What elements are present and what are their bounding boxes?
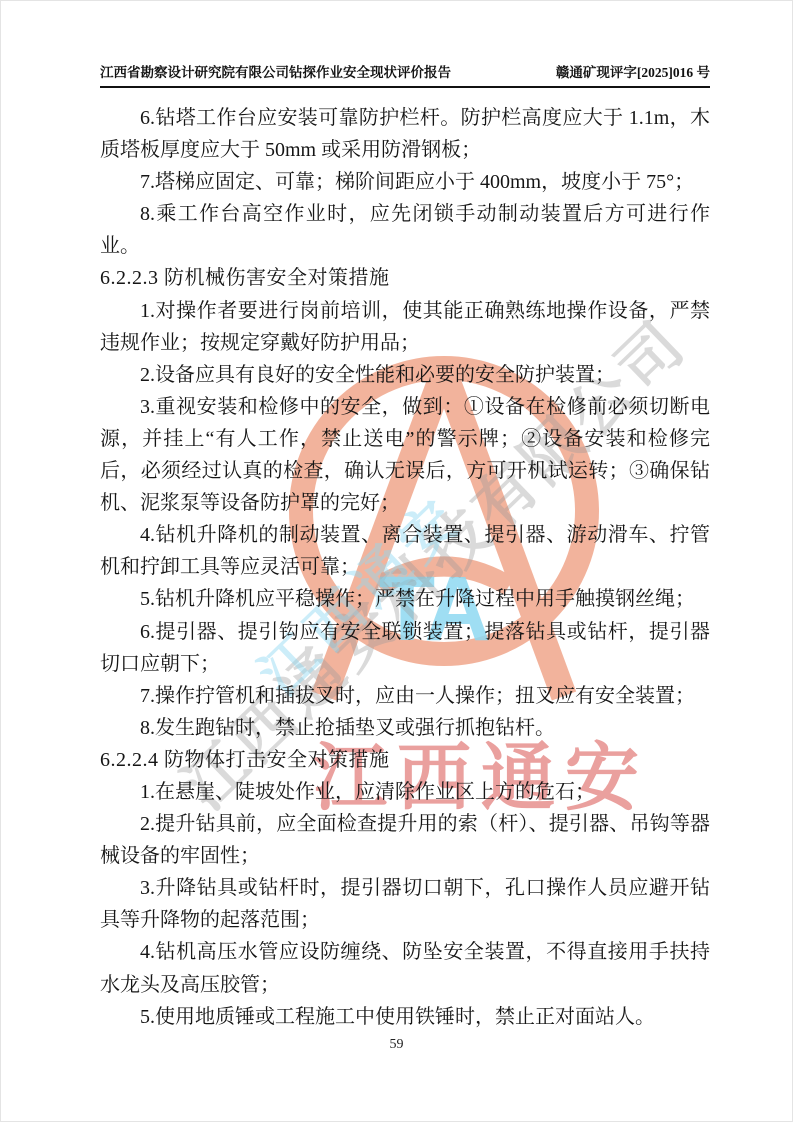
page-header: 江西省勘察设计研究院有限公司钻探作业安全现状评价报告 赣通矿现评字[2025]0… [100, 61, 710, 88]
paragraph: 7.操作拧管机和插拔叉时，应由一人操作；扭叉应有安全装置； [100, 680, 710, 712]
paragraph: 3.升降钻具或钻杆时，提引器切口朝下，孔口操作人员应避开钻具等升降物的起落范围； [100, 872, 710, 936]
paragraph: 6.钻塔工作台应安装可靠防护栏杆。防护栏高度应大于 1.1m，木质塔板厚度应大于… [100, 102, 710, 166]
page-number: 59 [390, 1037, 404, 1052]
paragraph: 4.钻机高压水管应设防缠绕、防坠安全装置，不得直接用手扶持水龙头及高压胶管； [100, 936, 710, 1000]
paragraph: 7.塔梯应固定、可靠；梯阶间距应小于 400mm，坡度小于 75°； [100, 166, 710, 198]
section-heading: 6.2.2.4 防物体打击安全对策措施 [100, 744, 710, 776]
paragraph: 6.提引器、提引钩应有安全联锁装置；提落钻具或钻杆，提引器切口应朝下； [100, 616, 710, 680]
paragraph: 1.对操作者要进行岗前培训，使其能正确熟练地操作设备，严禁违规作业；按规定穿戴好… [100, 295, 710, 359]
paragraph: 5.钻机升降机应平稳操作；严禁在升降过程中用手触摸钢丝绳； [100, 583, 710, 615]
section-heading: 6.2.2.3 防机械伤害安全对策措施 [100, 262, 710, 294]
paragraph: 8.发生跑钻时，禁止抢插垫叉或强行抓抱钻杆。 [100, 712, 710, 744]
header-doc-number: 赣通矿现评字[2025]016 号 [556, 61, 710, 81]
header-report-title: 江西省勘察设计研究院有限公司钻探作业安全现状评价报告 [100, 61, 451, 81]
paragraph: 1.在悬崖、陡坡处作业，应清除作业区上方的危石； [100, 776, 710, 808]
paragraph: 4.钻机升降机的制动装置、离合装置、提引器、游动滑车、拧管机和拧卸工具等应灵活可… [100, 519, 710, 583]
paragraph: 3.重视安装和检修中的安全，做到：①设备在检修前必须切断电源，并挂上“有人工作，… [100, 391, 710, 519]
page-footer: 59 [1, 1037, 792, 1053]
paragraph: 2.提升钻具前，应全面检查提升用的索（杆）、提引器、吊钩等器械设备的牢固性； [100, 808, 710, 872]
report-page: TA 江西通安科技有限公司 江西通安 江西通安 江西省勘察设计研究院有限公司钻探… [0, 0, 793, 1122]
paragraph: 8.乘工作台高空作业时，应先闭锁手动制动装置后方可进行作业。 [100, 198, 710, 262]
paragraph: 5.使用地质锤或工程施工中使用铁锤时，禁止正对面站人。 [100, 1001, 710, 1033]
paragraph: 2.设备应具有良好的安全性能和必要的安全防护装置； [100, 359, 710, 391]
document-body: 6.钻塔工作台应安装可靠防护栏杆。防护栏高度应大于 1.1m，木质塔板厚度应大于… [100, 102, 710, 1033]
